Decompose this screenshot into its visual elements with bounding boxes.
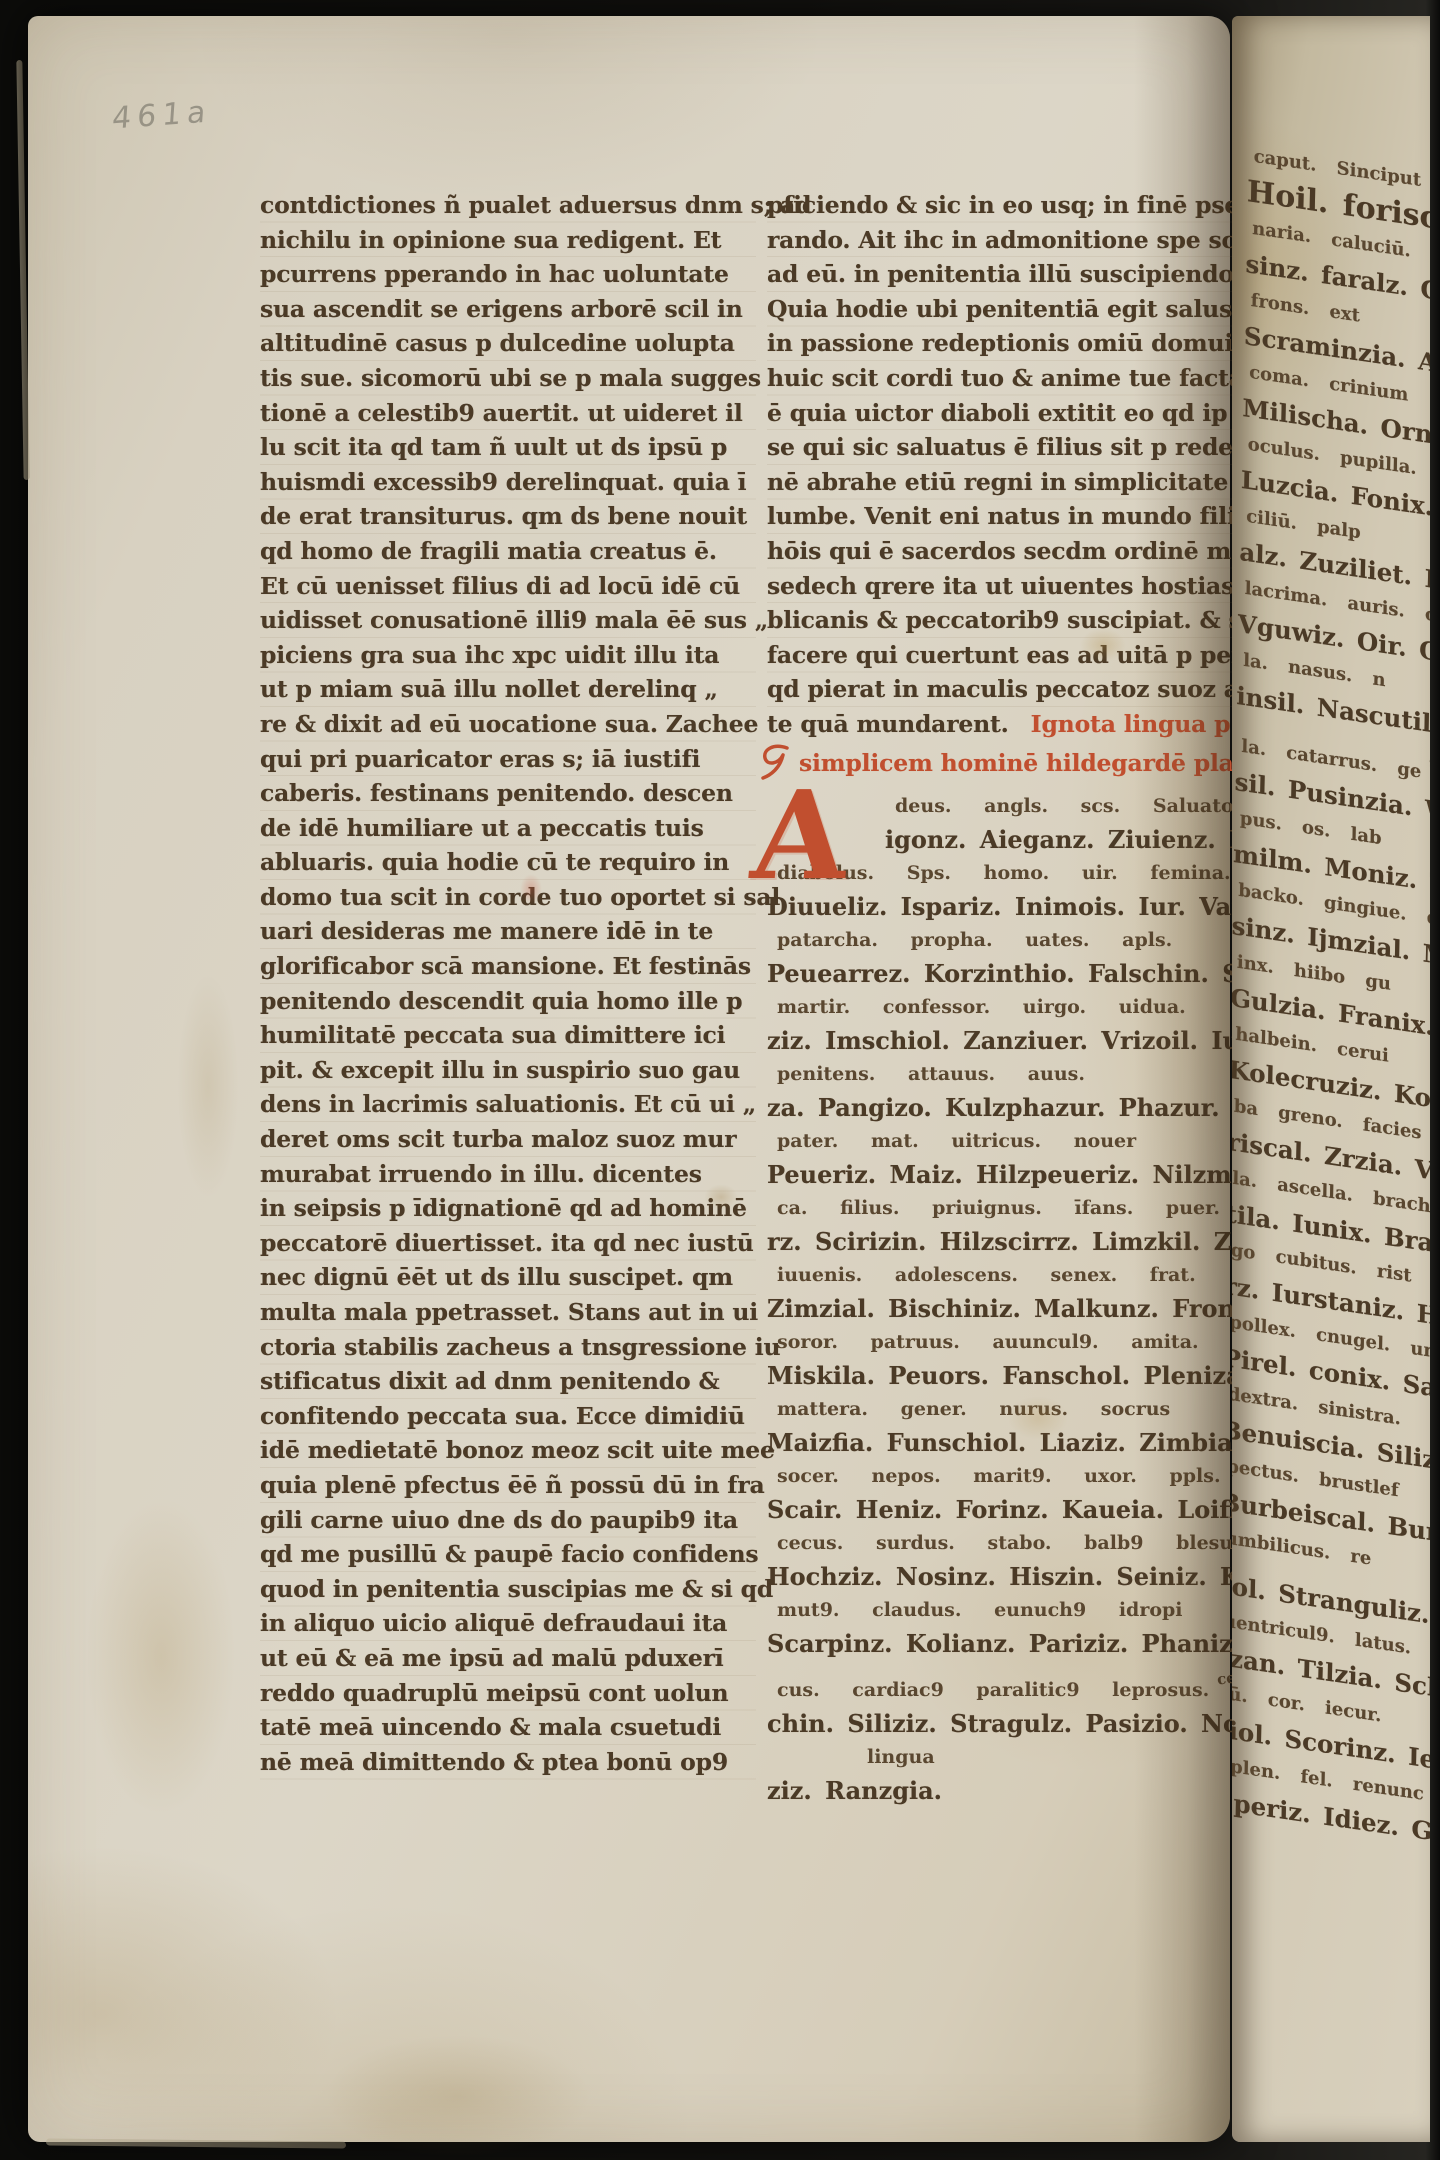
prose-tail-text: te quā mundarent. bbox=[767, 710, 1009, 738]
prose-line: de erat transiturus. qm ds bene nouit bbox=[260, 499, 756, 534]
prose-line: Et cū uenisset filius di ad locū idē cū bbox=[260, 569, 756, 604]
prose-line: huismdi excessib9 derelinquat. quia ī bbox=[260, 465, 756, 500]
prose-line: in seipsis p īdignationē qd ad hominē bbox=[260, 1191, 756, 1226]
latin-gloss-text: patarcha. propha. uates. apls. bbox=[777, 929, 1172, 951]
prose-line: stificatus dixit ad dnm penitendo & bbox=[260, 1364, 756, 1399]
latin-gloss-text: iuuenis. adolescens. senex. frat. bbox=[777, 1264, 1196, 1286]
prose-line: piciens gra sua ihc xpc uidit illu ita bbox=[260, 638, 756, 673]
prose-line: nec dignū ēēt ut ds illu suscipet. qm bbox=[260, 1260, 756, 1295]
prose-line: lu scit ita qd tam ñ uult ut ds ipsū p bbox=[260, 430, 756, 465]
prose-line: qd me pusillū & paupē facio confidens bbox=[260, 1537, 756, 1572]
prose-line: ut eū & eā me ipsū ad malū pduxerī bbox=[260, 1641, 756, 1676]
stain bbox=[328, 2036, 588, 2156]
prose-line: tis sue. sicomorū ubi se p mala sugges bbox=[260, 361, 756, 396]
manuscript-page-verso: 461a contdictiones ñ pualet aduersus dnm… bbox=[28, 16, 1230, 2142]
stain bbox=[86, 1496, 236, 1816]
prose-line: idē medietatē bonoz meoz scit uite mee bbox=[260, 1433, 756, 1468]
latin-gloss-text: mattera. gener. nurus. socrus bbox=[777, 1398, 1170, 1420]
prose-line: caberis. festinans penitendo. descen bbox=[260, 776, 756, 811]
prose-line: de idē humiliare ut a peccatis tuis bbox=[260, 811, 756, 846]
text-column-left: contdictiones ñ pualet aduersus dnm s; a… bbox=[260, 188, 756, 1788]
prose-line: reddo quadruplū meipsū cont uolun bbox=[260, 1676, 756, 1711]
prose-line: domo tua scit in corde tuo oportet si sa… bbox=[260, 880, 756, 915]
prose-line: uidisset conusationē illi9 mala ēē sus „ bbox=[260, 603, 756, 638]
stain bbox=[178, 976, 238, 1196]
prose-line: penitendo descendit quia homo ille p bbox=[260, 984, 756, 1019]
prose-line: confitendo peccata sua. Ecce dimidiū bbox=[260, 1399, 756, 1434]
prose-line: quod in penitentia suscipias me & si qd bbox=[260, 1572, 756, 1607]
prose-line: re & dixit ad eū uocatione sua. Zachee bbox=[260, 707, 756, 742]
drop-cap-initial-A: A bbox=[748, 782, 852, 889]
prose-line: altitudinē casus p dulcedine uolupta bbox=[260, 326, 756, 361]
prose-line: humilitatē peccata sua dimittere ici bbox=[260, 1018, 756, 1053]
latin-gloss-text: martir. confessor. uirgo. uidua. bbox=[777, 996, 1186, 1018]
prose-line: multa mala ppetrasset. Stans aut in ui bbox=[260, 1295, 756, 1330]
prose-line: nē meā dimittendo & ptea bonū op9 bbox=[260, 1745, 756, 1780]
prose-line: nichilu in opinione sua redigent. Et bbox=[260, 223, 756, 258]
prose-line: pit. & excepit illu in suspirio suo gau bbox=[260, 1053, 756, 1088]
prose-line: tatē meā uincendo & mala csuetudi bbox=[260, 1710, 756, 1745]
prose-line: deret oms scit turba maloz suoz mur bbox=[260, 1122, 756, 1157]
prose-line: sua ascendit se erigens arborē scil in bbox=[260, 292, 756, 327]
prose-line: dens in lacrimis saluationis. Et cū ui „ bbox=[260, 1087, 756, 1122]
prose-line: ctoria stabilis zacheus a tnsgressione i… bbox=[260, 1330, 756, 1365]
prose-line: glorificabor scā mansione. Et festinās bbox=[260, 949, 756, 984]
prose-line: qd homo de fragili matia creatus ē. bbox=[260, 534, 756, 569]
prose-line: quia plenē pfectus ēē ñ possū dū in fra bbox=[260, 1468, 756, 1503]
prose-line: abluaris. quia hodie cū te requiro in bbox=[260, 845, 756, 880]
facing-page-recto: caput. Sinciput Hoil. forischia naria. c… bbox=[1232, 16, 1430, 2142]
latin-gloss-text: pater. mat. uitricus. nouer bbox=[777, 1130, 1136, 1152]
prose-line: tionē a celestib9 auertit. ut uideret il bbox=[260, 396, 756, 431]
latin-gloss-text: penitens. attauus. auus. bbox=[777, 1063, 1085, 1085]
latin-gloss-text: lingua bbox=[867, 1746, 935, 1768]
prose-line: qui pri puaricator eras s; iā iustifi bbox=[260, 742, 756, 777]
latin-gloss-text: mut9. claudus. eunuch9 idropi bbox=[777, 1599, 1183, 1621]
manuscript-photo-root: { "folio_mark": "461a", "colors": { "ink… bbox=[0, 0, 1440, 2160]
prose-line: ut p miam suā illu nollet derelinq „ bbox=[260, 672, 756, 707]
prose-line: contdictiones ñ pualet aduersus dnm s; a… bbox=[260, 188, 756, 223]
prose-line: peccatorē diuertisset. ita qd nec iustū bbox=[260, 1226, 756, 1261]
prose-line: uari desideras me manere idē in te bbox=[260, 914, 756, 949]
prose-line: murabat irruendo in illu. dicentes bbox=[260, 1157, 756, 1192]
prose-line: gili carne uiuo dne ds do paupib9 ita bbox=[260, 1503, 756, 1538]
manuscript-photo: 461a contdictiones ñ pualet aduersus dnm… bbox=[0, 0, 1440, 2160]
folio-number-pencil: 461a bbox=[111, 94, 213, 136]
page-gutter-shadow bbox=[1134, 16, 1230, 2142]
facing-page-text: caput. Sinciput Hoil. forischia naria. c… bbox=[1232, 144, 1430, 1882]
interlinear-note: snuz bbox=[1429, 750, 1430, 776]
prose-line: pcurrens pperando in hac uoluntate bbox=[260, 257, 756, 292]
prose-line: in aliquo uicio aliquē defraudaui ita bbox=[260, 1606, 756, 1641]
